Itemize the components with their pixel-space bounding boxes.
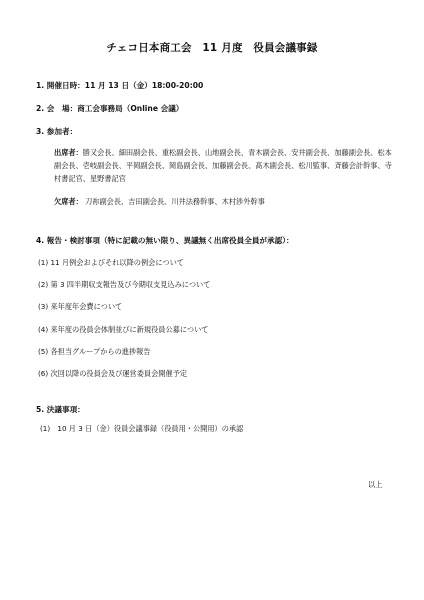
resolutions-heading: 5. 決議事項：: [36, 404, 85, 415]
attendees-label: 出席者：: [54, 148, 83, 157]
venue-label: 2. 会 場：: [36, 104, 77, 113]
report-item: (5) 各担当グループからの進捗報告: [38, 347, 151, 357]
datetime-label: 1. 開催日時：: [36, 81, 85, 90]
reports-heading: 4. 報告・検討事項（特に記載の無い限り、異議無く出席役員全員が承認）：: [36, 235, 294, 246]
attendees-list: 勝又会長、細田副会長、重松副会長、山地副会長、青木副会長、安井副会長、加藤副会長…: [54, 148, 392, 183]
report-item: (3) 来年度年会費について: [38, 302, 122, 312]
absentees-label: 欠席者：: [54, 197, 83, 206]
report-item: (4) 来年度の役員会体制並びに新規役員公募について: [38, 325, 208, 335]
resolution-item: (1) 10 月 3 日（金）役員会議事録（役員用・公開用）の承認: [40, 424, 243, 434]
venue-value: 商工会事務局（Online 会議）: [77, 104, 183, 113]
attendees-block: 出席者：勝又会長、細田副会長、重松副会長、山地副会長、青木副会長、安井副会長、加…: [54, 146, 394, 186]
report-item: (6) 次回以降の役員会及び運営委員会開催予定: [38, 369, 187, 379]
report-item: (2) 第 3 四半期収支報告及び今期収支見込みについて: [38, 280, 210, 290]
report-item: (1) 11 月例会およびそれ以降の例会について: [38, 258, 184, 268]
document-title: チェコ日本商工会 11 月度 役員会議事録: [0, 40, 424, 55]
datetime-line: 1. 開催日時：11 月 13 日（金）18:00-20:00: [36, 80, 203, 91]
venue-line: 2. 会 場：商工会事務局（Online 会議）: [36, 103, 183, 114]
absentees-line: 欠席者： 刀祢副会長、吉田副会長、川井法務幹事、木村渉外幹事: [54, 197, 265, 207]
absentees-list: 刀祢副会長、吉田副会長、川井法務幹事、木村渉外幹事: [85, 197, 265, 206]
closing-text: 以上: [368, 480, 382, 490]
participants-heading: 3. 参加者：: [36, 126, 77, 137]
datetime-value: 11 月 13 日（金）18:00-20:00: [85, 81, 204, 90]
